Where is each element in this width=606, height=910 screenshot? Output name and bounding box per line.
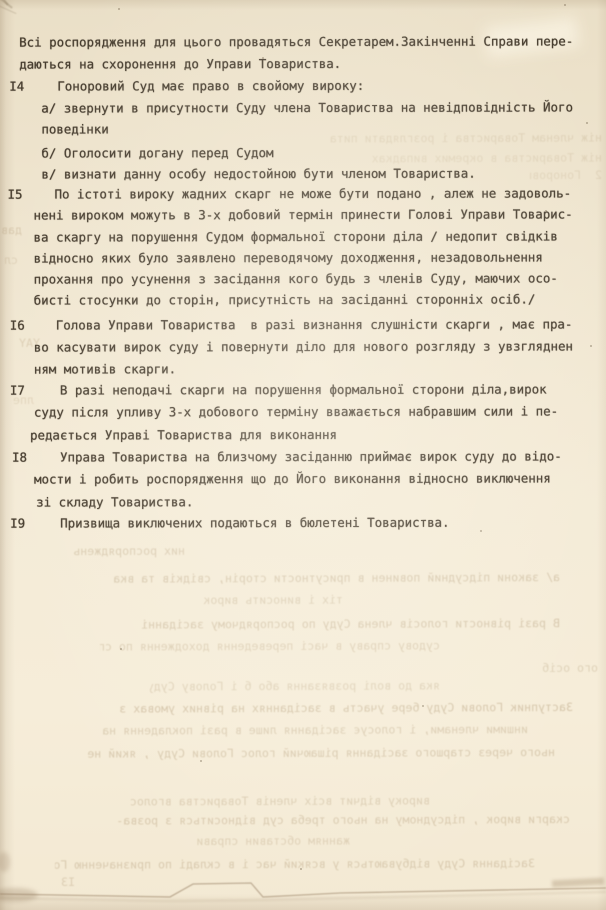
dust-speck xyxy=(590,345,592,347)
dust-speck xyxy=(545,210,547,212)
dust-speck xyxy=(422,705,424,707)
scanned-document-page: них роспорядженьа/ закони підсудний пови… xyxy=(0,0,606,910)
crease-shadow-path xyxy=(0,892,606,901)
dust-speck xyxy=(200,760,202,762)
dust-speck xyxy=(36,240,38,242)
edge-smudge xyxy=(552,878,604,888)
dust-speck xyxy=(120,648,122,650)
paper-crease-line xyxy=(0,0,606,910)
dust-speck xyxy=(564,4,566,6)
dust-speck xyxy=(118,8,120,10)
edge-smudge xyxy=(0,852,10,872)
dust-speck xyxy=(300,868,302,870)
dust-speck xyxy=(586,122,588,124)
edge-smudge xyxy=(0,888,38,902)
dust-speck xyxy=(262,57,264,59)
dust-speck xyxy=(480,530,482,532)
